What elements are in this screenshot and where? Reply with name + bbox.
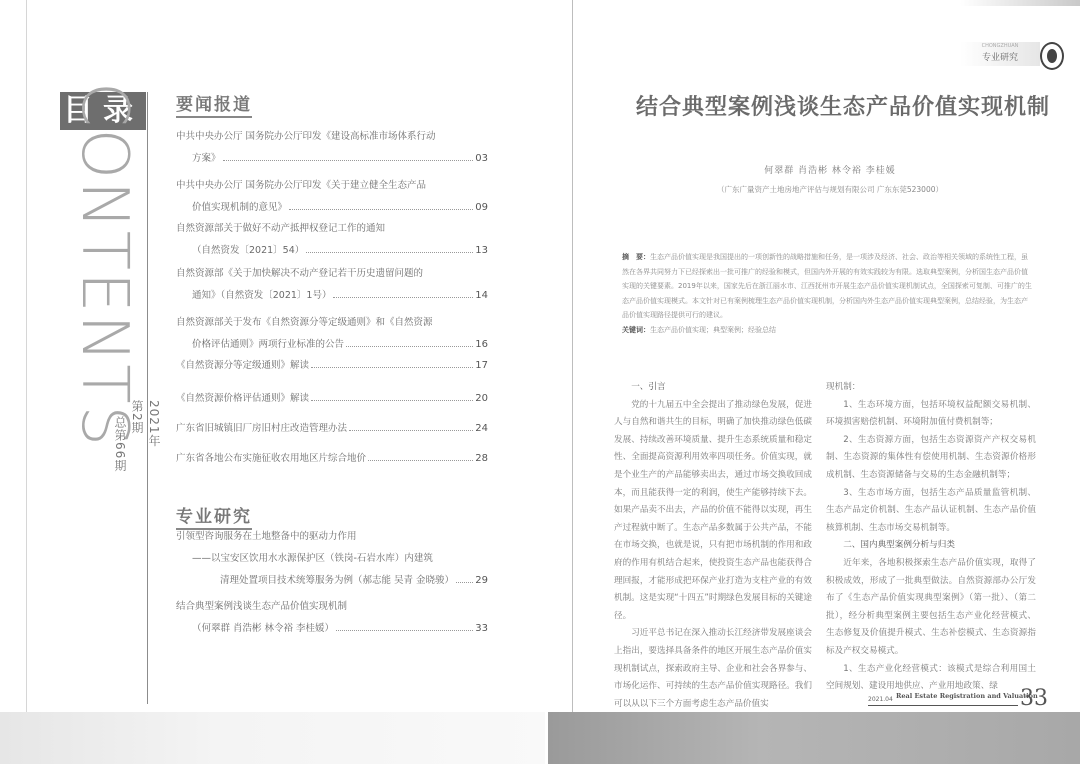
toc-entry-title-end: 价值实现机制的意见》 bbox=[176, 197, 287, 219]
toc-page-number: 09 bbox=[475, 197, 488, 219]
toc-page-number: 24 bbox=[475, 418, 488, 440]
toc-entry-title-line: ——以宝安区饮用水水源保护区（铁岗-石岩水库）内建筑 bbox=[176, 548, 488, 570]
article-column-left: 一、引言党的十九届五中全会提出了推动绿色发展，促进人与自然和谐共生的目标，明确了… bbox=[614, 379, 812, 713]
toc-leader-dots bbox=[311, 367, 473, 368]
contents-heading-en: CONTENTS bbox=[64, 140, 144, 390]
toc-entry[interactable]: 广东省旧城镇旧厂房旧村庄改造管理办法24 bbox=[176, 418, 488, 440]
section-title-news: 要闻报道 bbox=[176, 90, 252, 118]
scan-shadow-top bbox=[960, 0, 1080, 6]
toc-entry-title-end: 方案》 bbox=[176, 148, 221, 170]
article-keywords: 生态产品价值实现；典型案例；经验总结 bbox=[650, 326, 776, 334]
footer-date: 2021.04 bbox=[868, 696, 893, 703]
issue-year: 2021年 bbox=[146, 400, 163, 472]
issue-total: 总第66期 bbox=[112, 416, 129, 472]
toc-entry-title-line: 自然资源部关于做好不动产抵押权登记工作的通知 bbox=[176, 218, 488, 240]
article-abstract: 摘 要：生态产品价值实现是我国提出的一项创新性的战略措施和任务，是一项涉及经济、… bbox=[622, 250, 1032, 337]
toc-page-number: 03 bbox=[475, 148, 488, 170]
article-paragraph: 习近平总书记在深入推动长江经济带发展座谈会上指出，要选择具备条件的地区开展生态产… bbox=[614, 625, 812, 713]
toc-leader-dots bbox=[346, 346, 473, 347]
toc-page-number: 20 bbox=[475, 388, 488, 410]
article-authors: 何翠群 肖浩彬 林令裕 李桂媛 bbox=[620, 163, 1040, 176]
toc-leader-dots bbox=[349, 430, 473, 431]
toc-page-number: 33 bbox=[475, 618, 488, 640]
toc-leader-dots bbox=[336, 630, 473, 631]
toc-leader-dots bbox=[333, 297, 473, 298]
toc-entry-title-line: 中共中央办公厅 国务院办公厅印发《关于建立健全生态产品 bbox=[176, 175, 488, 197]
toc-page-number: 16 bbox=[475, 334, 488, 356]
book-spine bbox=[572, 0, 573, 712]
issue-number: 第2期 bbox=[129, 400, 146, 472]
toc-entry[interactable]: 中共中央办公厅 国务院办公厅印发《关于建立健全生态产品价值实现机制的意见》09 bbox=[176, 175, 488, 219]
toc-leader-dots bbox=[456, 582, 473, 583]
toc-entry-title-end: 通知》（自然资发〔2021〕1号） bbox=[176, 285, 331, 307]
page-edge-line bbox=[26, 0, 27, 712]
toc-entry-title-end: 《自然资源价格评估通则》解读 bbox=[176, 388, 309, 410]
article-paragraph: 1、生态环境方面，包括环境权益配额交易机制、环境损害赔偿机制、环境附加值付费机制… bbox=[826, 397, 1036, 432]
scan-shadow-bottom-left bbox=[0, 712, 545, 764]
toc-leader-dots bbox=[223, 160, 474, 161]
toc-page-number: 13 bbox=[475, 240, 488, 262]
article-column-right: 现机制：1、生态环境方面，包括环境权益配额交易机制、环境损害赔偿机制、环境附加值… bbox=[826, 379, 1036, 696]
toc-entry[interactable]: 中共中央办公厅 国务院办公厅印发《建设高标准市场体系行动方案》03 bbox=[176, 126, 488, 170]
toc-page-number: 14 bbox=[475, 285, 488, 307]
toc-entry-title-end: （自然资发〔2021〕54） bbox=[176, 240, 304, 262]
toc-entry[interactable]: 结合典型案例浅谈生态产品价值实现机制（何翠群 肖浩彬 林令裕 李桂媛）33 bbox=[176, 596, 488, 640]
article-paragraph: 2、生态资源方面，包括生态资源资产产权交易机制、生态资源的集体性有偿使用机制、生… bbox=[826, 432, 1036, 485]
article-subheading: 一、引言 bbox=[614, 379, 812, 397]
toc-entry[interactable]: 自然资源部关于做好不动产抵押权登记工作的通知（自然资发〔2021〕54）13 bbox=[176, 218, 488, 262]
page-number: 33 bbox=[1020, 686, 1048, 711]
toc-entry[interactable]: 引领型咨询服务在土地整备中的驱动力作用——以宝安区饮用水水源保护区（铁岗-石岩水… bbox=[176, 526, 488, 592]
footer-journal-name: Real Estate Registration and Valuation bbox=[896, 692, 1038, 700]
article-paragraph: 党的十九届五中全会提出了推动绿色发展，促进人与自然和谐共生的目标，明确了加快推动… bbox=[614, 397, 812, 626]
article-paragraph: 3、生态市场方面，包括生态产品质量监管机制、生态产品定价机制、生态产品认证机制、… bbox=[826, 485, 1036, 538]
toc-entry-title-end: 《自然资源分等定级通则》解读 bbox=[176, 355, 309, 377]
section-header-tag: CHONGZHUAN 专业研究 bbox=[960, 42, 1040, 66]
toc-leader-dots bbox=[289, 209, 473, 210]
article-affiliation: （广东广量资产土地房地产评估与规划有限公司 广东东莞523000） bbox=[620, 184, 1040, 195]
article-paragraph: 现机制： bbox=[826, 379, 1036, 397]
toc-entry-title-line: 中共中央办公厅 国务院办公厅印发《建设高标准市场体系行动 bbox=[176, 126, 488, 148]
toc-entry[interactable]: 自然资源部关于发布《自然资源分等定级通则》和《自然资源价格评估通则》两项行业标准… bbox=[176, 312, 488, 356]
scan-shadow-bottom-right bbox=[548, 712, 1080, 764]
toc-page-number: 28 bbox=[475, 448, 488, 470]
article-subheading: 二、国内典型案例分析与归类 bbox=[826, 537, 1036, 555]
toc-page-number: 17 bbox=[475, 355, 488, 377]
issue-info: 2021年 第2期 总第66期 bbox=[112, 400, 163, 486]
toc-entry[interactable]: 广东省各地公布实施征收农用地区片综合地价28 bbox=[176, 448, 488, 470]
toc-entry[interactable]: 《自然资源价格评估通则》解读20 bbox=[176, 388, 488, 410]
toc-entry-title-end: 广东省各地公布实施征收农用地区片综合地价 bbox=[176, 448, 366, 470]
footer-rule bbox=[868, 705, 1018, 706]
toc-entry-title-line: 结合典型案例浅谈生态产品价值实现机制 bbox=[176, 596, 488, 618]
journal-logo-icon bbox=[1040, 42, 1064, 70]
contents-divider bbox=[147, 92, 148, 704]
toc-leader-dots bbox=[368, 460, 473, 461]
toc-entry-title-line: 自然资源部关于发布《自然资源分等定级通则》和《自然资源 bbox=[176, 312, 488, 334]
toc-entry[interactable]: 《自然资源分等定级通则》解读17 bbox=[176, 355, 488, 377]
article-paragraph: 1、生态产业化经营模式：该模式是综合利用国土空间规划、建设用地供应、产业用地政策… bbox=[826, 661, 1036, 696]
toc-leader-dots bbox=[311, 400, 473, 401]
toc-entry[interactable]: 自然资源部《关于加快解决不动产登记若干历史遗留问题的通知》（自然资发〔2021〕… bbox=[176, 263, 488, 307]
toc-leader-dots bbox=[306, 252, 473, 253]
article-paragraph: 近年来，各地积极探索生态产品价值实现，取得了积极成效，形成了一批典型做法。自然资… bbox=[826, 555, 1036, 661]
toc-entry-title-end: 清理处置项目技术统筹服务为例（郝志能 吴青 金晓骏） bbox=[176, 570, 454, 592]
toc-entry-title-end: 广东省旧城镇旧厂房旧村庄改造管理办法 bbox=[176, 418, 347, 440]
toc-page-number: 29 bbox=[475, 570, 488, 592]
toc-entry-title-end: 价格评估通则》两项行业标准的公告 bbox=[176, 334, 344, 356]
article-title: 结合典型案例浅谈生态产品价值实现机制 bbox=[636, 90, 1036, 121]
toc-entry-title-line: 引领型咨询服务在土地整备中的驱动力作用 bbox=[176, 526, 488, 548]
toc-entry-title-end: （何翠群 肖浩彬 林令裕 李桂媛） bbox=[176, 618, 334, 640]
toc-entry-title-line: 自然资源部《关于加快解决不动产登记若干历史遗留问题的 bbox=[176, 263, 488, 285]
